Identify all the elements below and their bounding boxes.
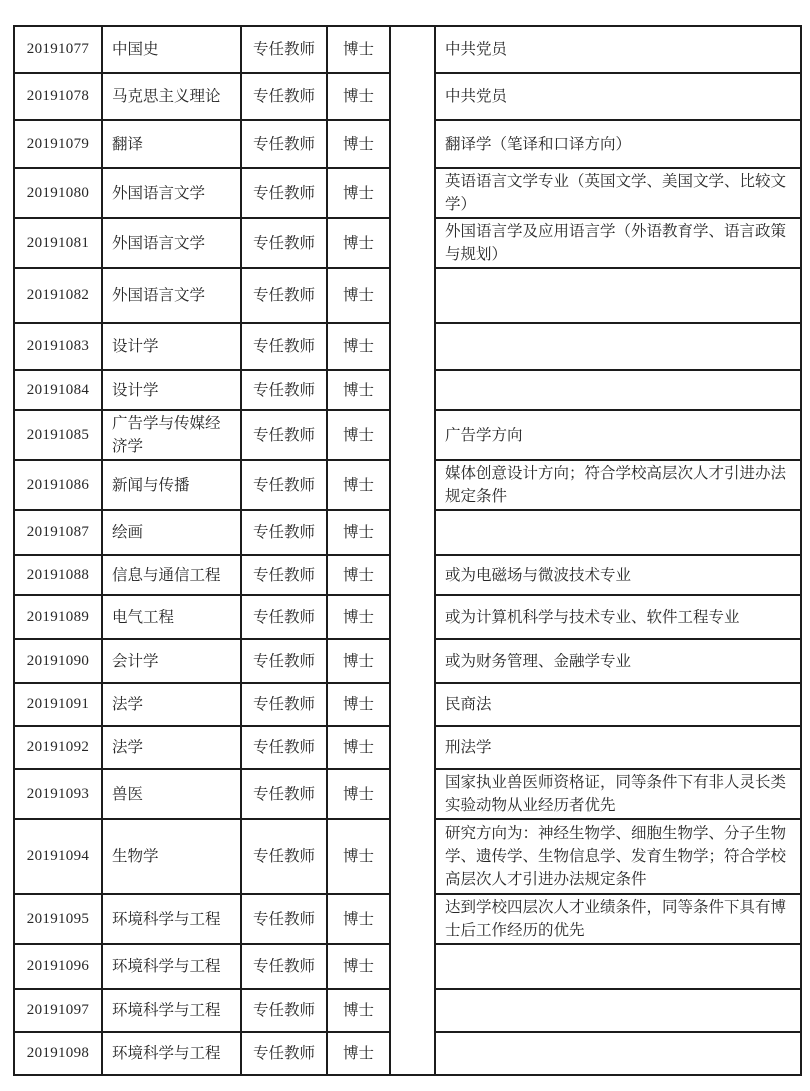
requirements-cell	[435, 323, 801, 370]
table-row: 20191094生物学专任教师博士研究方向为：神经生物学、细胞生物学、分子生物学…	[14, 819, 801, 894]
spacer-cell	[390, 726, 435, 769]
post-type-cell: 专任教师	[241, 218, 327, 268]
table-row: 20191088信息与通信工程专任教师博士或为电磁场与微波技术专业	[14, 555, 801, 595]
degree-cell: 博士	[327, 510, 390, 555]
spacer-cell	[390, 595, 435, 639]
discipline-cell: 环境科学与工程	[102, 989, 241, 1032]
requirements-cell: 翻译学（笔译和口译方向）	[435, 120, 801, 168]
discipline-cell: 绘画	[102, 510, 241, 555]
post-type-cell: 专任教师	[241, 819, 327, 894]
discipline-cell: 会计学	[102, 639, 241, 683]
page: { "colors": { "border": "#1c1c1c", "text…	[0, 0, 810, 1091]
spacer-cell	[390, 944, 435, 989]
table-row: 20191083设计学专任教师博士	[14, 323, 801, 370]
post-type-cell: 专任教师	[241, 595, 327, 639]
job-id-cell: 20191077	[14, 26, 102, 73]
requirements-cell	[435, 268, 801, 323]
spacer-cell	[390, 73, 435, 120]
table-row: 20191077中国史专任教师博士中共党员	[14, 26, 801, 73]
discipline-cell: 新闻与传播	[102, 460, 241, 510]
job-id-cell: 20191082	[14, 268, 102, 323]
requirements-cell: 或为计算机科学与技术专业、软件工程专业	[435, 595, 801, 639]
degree-cell: 博士	[327, 370, 390, 410]
post-type-cell: 专任教师	[241, 726, 327, 769]
post-type-cell: 专任教师	[241, 168, 327, 218]
requirements-cell: 或为电磁场与微波技术专业	[435, 555, 801, 595]
post-type-cell: 专任教师	[241, 120, 327, 168]
requirements-cell: 中共党员	[435, 26, 801, 73]
table-row: 20191080外国语言文学专任教师博士英语语言文学专业（英国文学、美国文学、比…	[14, 168, 801, 218]
discipline-cell: 外国语言文学	[102, 268, 241, 323]
discipline-cell: 法学	[102, 726, 241, 769]
degree-cell: 博士	[327, 73, 390, 120]
degree-cell: 博士	[327, 460, 390, 510]
table-body: 20191077中国史专任教师博士中共党员20191078马克思主义理论专任教师…	[14, 26, 801, 1075]
recruitment-table: 20191077中国史专任教师博士中共党员20191078马克思主义理论专任教师…	[13, 25, 802, 1076]
degree-cell: 博士	[327, 268, 390, 323]
requirements-cell: 达到学校四层次人才业绩条件，同等条件下具有博士后工作经历的优先	[435, 894, 801, 944]
degree-cell: 博士	[327, 944, 390, 989]
table-row: 20191091法学专任教师博士民商法	[14, 683, 801, 726]
spacer-cell	[390, 370, 435, 410]
job-id-cell: 20191088	[14, 555, 102, 595]
post-type-cell: 专任教师	[241, 510, 327, 555]
job-id-cell: 20191087	[14, 510, 102, 555]
job-id-cell: 20191098	[14, 1032, 102, 1075]
spacer-cell	[390, 894, 435, 944]
discipline-cell: 广告学与传媒经济学	[102, 410, 241, 460]
degree-cell: 博士	[327, 323, 390, 370]
job-id-cell: 20191083	[14, 323, 102, 370]
degree-cell: 博士	[327, 683, 390, 726]
post-type-cell: 专任教师	[241, 555, 327, 595]
discipline-cell: 兽医	[102, 769, 241, 819]
job-id-cell: 20191096	[14, 944, 102, 989]
discipline-cell: 设计学	[102, 323, 241, 370]
degree-cell: 博士	[327, 26, 390, 73]
spacer-cell	[390, 989, 435, 1032]
job-id-cell: 20191090	[14, 639, 102, 683]
requirements-cell: 媒体创意设计方向；符合学校高层次人才引进办法规定条件	[435, 460, 801, 510]
post-type-cell: 专任教师	[241, 460, 327, 510]
job-id-cell: 20191079	[14, 120, 102, 168]
post-type-cell: 专任教师	[241, 894, 327, 944]
job-id-cell: 20191084	[14, 370, 102, 410]
table-row: 20191096环境科学与工程专任教师博士	[14, 944, 801, 989]
degree-cell: 博士	[327, 168, 390, 218]
table-row: 20191098环境科学与工程专任教师博士	[14, 1032, 801, 1075]
degree-cell: 博士	[327, 595, 390, 639]
post-type-cell: 专任教师	[241, 323, 327, 370]
discipline-cell: 生物学	[102, 819, 241, 894]
recruitment-table-container: 20191077中国史专任教师博士中共党员20191078马克思主义理论专任教师…	[13, 25, 802, 1076]
discipline-cell: 环境科学与工程	[102, 894, 241, 944]
job-id-cell: 20191085	[14, 410, 102, 460]
job-id-cell: 20191095	[14, 894, 102, 944]
discipline-cell: 电气工程	[102, 595, 241, 639]
requirements-cell: 英语语言文学专业（英国文学、美国文学、比较文学）	[435, 168, 801, 218]
requirements-cell: 或为财务管理、金融学专业	[435, 639, 801, 683]
job-id-cell: 20191097	[14, 989, 102, 1032]
spacer-cell	[390, 218, 435, 268]
post-type-cell: 专任教师	[241, 73, 327, 120]
table-row: 20191092法学专任教师博士刑法学	[14, 726, 801, 769]
degree-cell: 博士	[327, 726, 390, 769]
discipline-cell: 环境科学与工程	[102, 944, 241, 989]
spacer-cell	[390, 26, 435, 73]
spacer-cell	[390, 510, 435, 555]
post-type-cell: 专任教师	[241, 26, 327, 73]
requirements-cell: 外国语言学及应用语言学（外语教育学、语言政策与规划）	[435, 218, 801, 268]
table-row: 20191085广告学与传媒经济学专任教师博士广告学方向	[14, 410, 801, 460]
job-id-cell: 20191092	[14, 726, 102, 769]
degree-cell: 博士	[327, 819, 390, 894]
requirements-cell: 中共党员	[435, 73, 801, 120]
spacer-cell	[390, 1032, 435, 1075]
job-id-cell: 20191093	[14, 769, 102, 819]
spacer-cell	[390, 819, 435, 894]
spacer-cell	[390, 168, 435, 218]
discipline-cell: 翻译	[102, 120, 241, 168]
discipline-cell: 法学	[102, 683, 241, 726]
requirements-cell	[435, 510, 801, 555]
discipline-cell: 中国史	[102, 26, 241, 73]
degree-cell: 博士	[327, 120, 390, 168]
job-id-cell: 20191080	[14, 168, 102, 218]
spacer-cell	[390, 120, 435, 168]
table-row: 20191086新闻与传播专任教师博士媒体创意设计方向；符合学校高层次人才引进办…	[14, 460, 801, 510]
degree-cell: 博士	[327, 639, 390, 683]
requirements-cell: 民商法	[435, 683, 801, 726]
discipline-cell: 信息与通信工程	[102, 555, 241, 595]
discipline-cell: 外国语言文学	[102, 218, 241, 268]
job-id-cell: 20191091	[14, 683, 102, 726]
table-row: 20191093兽医专任教师博士国家执业兽医师资格证，同等条件下有非人灵长类实验…	[14, 769, 801, 819]
requirements-cell: 国家执业兽医师资格证，同等条件下有非人灵长类实验动物从业经历者优先	[435, 769, 801, 819]
table-row: 20191089电气工程专任教师博士或为计算机科学与技术专业、软件工程专业	[14, 595, 801, 639]
post-type-cell: 专任教师	[241, 410, 327, 460]
job-id-cell: 20191086	[14, 460, 102, 510]
table-row: 20191079翻译专任教师博士翻译学（笔译和口译方向）	[14, 120, 801, 168]
post-type-cell: 专任教师	[241, 639, 327, 683]
requirements-cell	[435, 944, 801, 989]
job-id-cell: 20191081	[14, 218, 102, 268]
spacer-cell	[390, 769, 435, 819]
spacer-cell	[390, 268, 435, 323]
requirements-cell: 刑法学	[435, 726, 801, 769]
discipline-cell: 环境科学与工程	[102, 1032, 241, 1075]
table-row: 20191090会计学专任教师博士或为财务管理、金融学专业	[14, 639, 801, 683]
requirements-cell	[435, 1032, 801, 1075]
post-type-cell: 专任教师	[241, 1032, 327, 1075]
spacer-cell	[390, 323, 435, 370]
degree-cell: 博士	[327, 989, 390, 1032]
spacer-cell	[390, 555, 435, 595]
table-row: 20191095环境科学与工程专任教师博士达到学校四层次人才业绩条件，同等条件下…	[14, 894, 801, 944]
spacer-cell	[390, 460, 435, 510]
post-type-cell: 专任教师	[241, 989, 327, 1032]
job-id-cell: 20191094	[14, 819, 102, 894]
post-type-cell: 专任教师	[241, 683, 327, 726]
table-row: 20191087绘画专任教师博士	[14, 510, 801, 555]
degree-cell: 博士	[327, 894, 390, 944]
requirements-cell	[435, 989, 801, 1032]
requirements-cell: 研究方向为：神经生物学、细胞生物学、分子生物学、遗传学、生物信息学、发育生物学；…	[435, 819, 801, 894]
job-id-cell: 20191078	[14, 73, 102, 120]
degree-cell: 博士	[327, 769, 390, 819]
post-type-cell: 专任教师	[241, 268, 327, 323]
degree-cell: 博士	[327, 555, 390, 595]
spacer-cell	[390, 639, 435, 683]
table-row: 20191082外国语言文学专任教师博士	[14, 268, 801, 323]
discipline-cell: 设计学	[102, 370, 241, 410]
degree-cell: 博士	[327, 410, 390, 460]
discipline-cell: 外国语言文学	[102, 168, 241, 218]
table-row: 20191081外国语言文学专任教师博士外国语言学及应用语言学（外语教育学、语言…	[14, 218, 801, 268]
post-type-cell: 专任教师	[241, 769, 327, 819]
discipline-cell: 马克思主义理论	[102, 73, 241, 120]
table-row: 20191084设计学专任教师博士	[14, 370, 801, 410]
post-type-cell: 专任教师	[241, 944, 327, 989]
requirements-cell: 广告学方向	[435, 410, 801, 460]
degree-cell: 博士	[327, 218, 390, 268]
table-row: 20191078马克思主义理论专任教师博士中共党员	[14, 73, 801, 120]
table-row: 20191097环境科学与工程专任教师博士	[14, 989, 801, 1032]
degree-cell: 博士	[327, 1032, 390, 1075]
job-id-cell: 20191089	[14, 595, 102, 639]
spacer-cell	[390, 410, 435, 460]
spacer-cell	[390, 683, 435, 726]
requirements-cell	[435, 370, 801, 410]
post-type-cell: 专任教师	[241, 370, 327, 410]
